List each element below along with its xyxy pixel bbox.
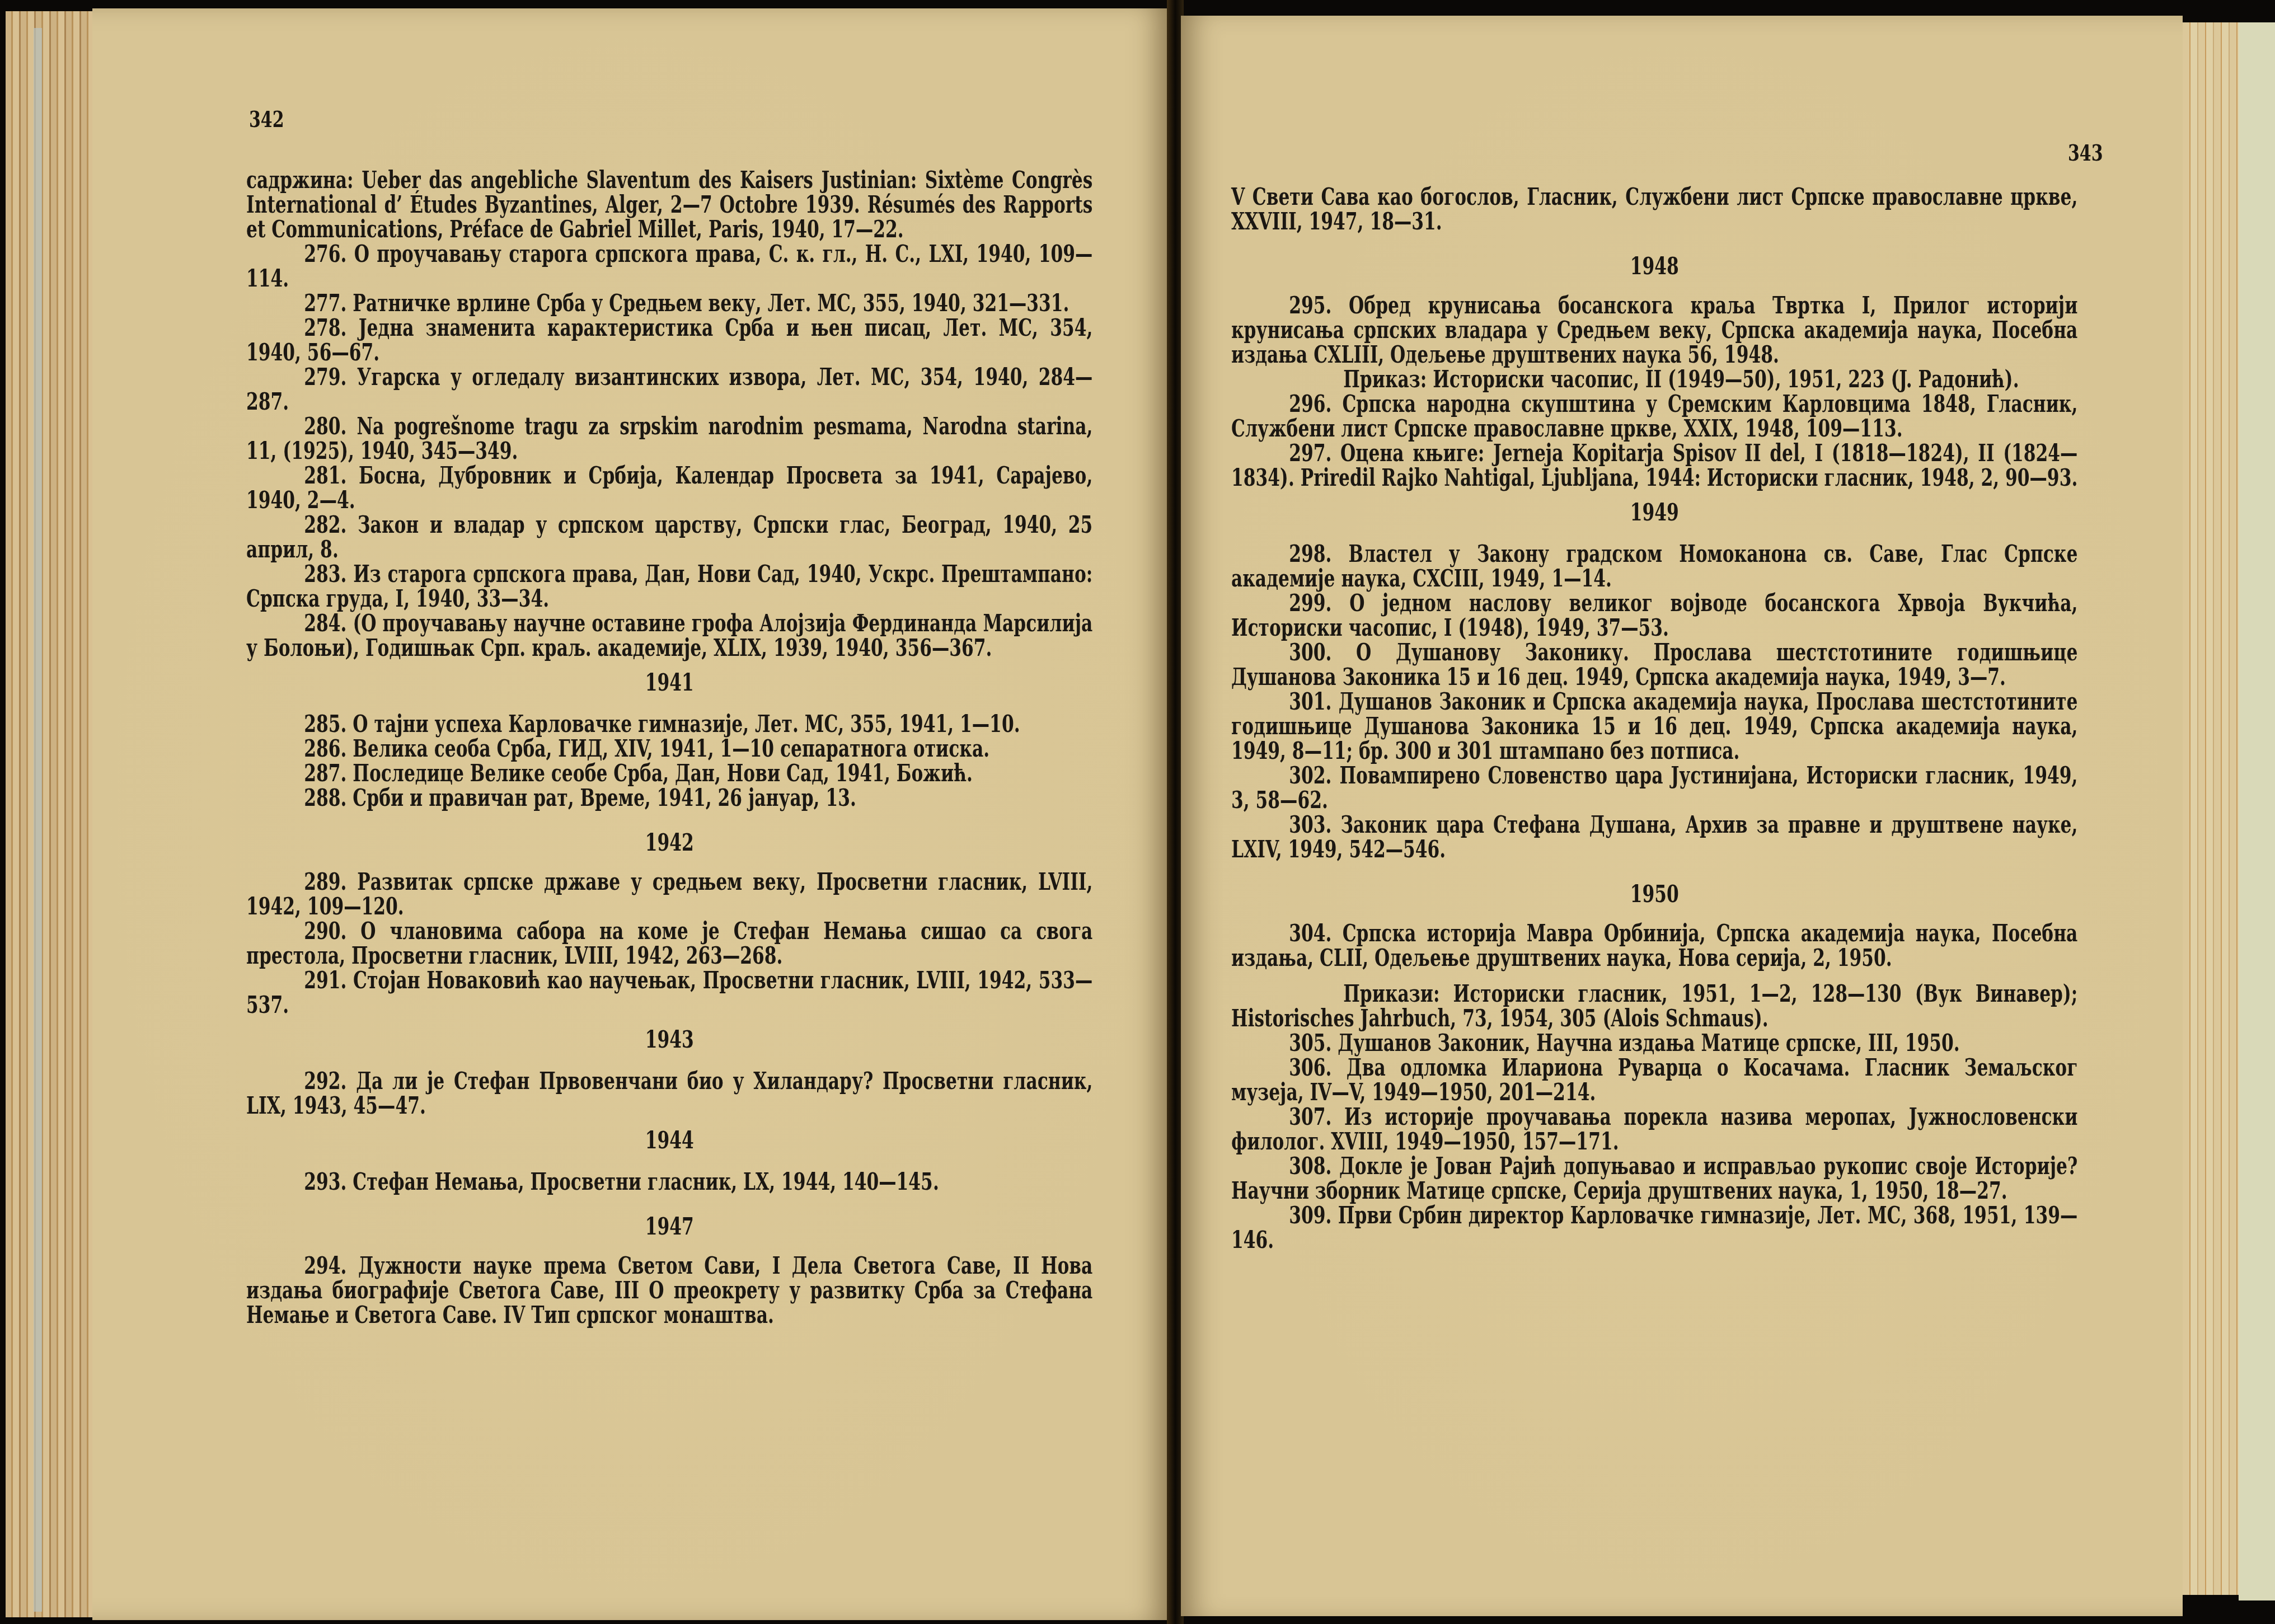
bib-entry-308: 308. Докле је Јован Рајић допуњавао и ис… [1231,1154,2077,1203]
bib-entry-283: 283. Из старога српскога права, Дан, Нов… [246,562,1092,611]
bib-entry-287: 287. Последице Велике сеобе Срба, Дан, Н… [246,761,1092,786]
year-heading-1941: 1941 [246,670,1092,695]
bib-entry-294: 294. Дужности науке према Светом Сави, I… [246,1254,1092,1327]
bib-entry-280: 280. Na pogrešnome tragu za srpskim naro… [246,414,1092,463]
bib-entry-284: 284. (О проучавању научне оставине грофа… [246,611,1092,660]
year-heading-1942: 1942 [246,830,1092,855]
bib-entry-288: 288. Срби и правичан рат, Време, 1941, 2… [246,786,1092,810]
bib-entry-290: 290. О члановима сабора на коме је Стефа… [246,919,1092,968]
year-heading-1943: 1943 [246,1027,1092,1052]
bib-entry-276: 276. О проучавању старога српскога права… [246,242,1092,291]
page-stack-inner-strip [34,28,42,1612]
continued-entry: садржина: Ueber das angebliche Slaventum… [246,168,1092,242]
bib-entry-286: 286. Велика сеоба Срба, ГИД, XIV, 1941, … [246,736,1092,761]
bib-entry-299: 299. О једном наслову великог војводе бо… [1231,591,2077,640]
bib-entry-278: 278. Једна знаменита карактеристика Срба… [246,316,1092,365]
year-heading-1948: 1948 [1231,254,2077,279]
bib-entry-281: 281. Босна, Дубровник и Србија, Календар… [246,463,1092,513]
bib-entry-285: 285. О тајни успеха Карловачке гимназије… [246,712,1092,736]
bib-entry-301: 301. Душанов Законик и Српска академија … [1231,689,2077,763]
review-note-304: Прикази: Историски гласник, 1951, 1—2, 1… [1231,982,2077,1031]
left-page-number: 342 [249,106,284,133]
bib-entry-298: 298. Властел у Закону градском Номоканон… [1231,542,2077,591]
bib-entry-309: 309. Први Србин директор Карловачке гимн… [1231,1203,2077,1252]
bib-entry-305: 305. Душанов Законик, Научна издања Мати… [1231,1031,2077,1055]
year-heading-1944: 1944 [246,1128,1092,1153]
right-page-text: V Свети Сава као богослов, Гласник, Служ… [1231,185,2275,1252]
page-stack-left-edge [6,11,95,1617]
bib-entry-307: 307. Из историје проучавања порекла нази… [1231,1105,2077,1154]
year-heading-1950: 1950 [1231,882,2077,907]
bib-entry-302: 302. Повампирено Словенство цара Јустини… [1231,763,2077,813]
right-page-number: 343 [2068,140,2103,166]
bib-entry-291: 291. Стојан Новаковић као научењак, Прос… [246,968,1092,1017]
bib-entry-277: 277. Ратничке врлине Срба у Средњем веку… [246,291,1092,316]
bib-entry-289: 289. Развитак српске државе у средњем ве… [246,870,1092,919]
bib-entry-293: 293. Стефан Немања, Просветни гласник, L… [246,1170,1092,1194]
year-heading-1947: 1947 [246,1214,1092,1239]
bib-entry-292: 292. Да ли је Стефан Првовенчани био у Х… [246,1069,1092,1118]
bib-entry-304: 304. Српска историја Мавра Орбинија, Срп… [1231,921,2077,970]
bib-entry-300: 300. О Душанову Законику. Прослава шестс… [1231,640,2077,689]
open-book: 342 садржина: Ueber das angebliche Slave… [0,0,2275,1624]
year-heading-1949: 1949 [1231,500,2077,525]
bib-entry-296: 296. Српска народна скупштина у Сремским… [1231,392,2077,441]
bib-entry-303: 303. Законик цара Стефана Душана, Архив … [1231,813,2077,862]
bib-entry-297: 297. Оцена књиге: Jerneja Kopitarja Spis… [1231,441,2077,490]
bib-entry-279: 279. Угарска у огледалу византинских изв… [246,365,1092,414]
bib-entry-282: 282. Закон и владар у српском царству, С… [246,513,1092,562]
continued-entry: V Свети Сава као богослов, Гласник, Служ… [1231,185,2077,234]
bib-entry-295: 295. Обред крунисања босанскога краља Тв… [1231,293,2077,367]
review-note-295: Приказ: Историски часопис, II (1949—50),… [1231,367,2077,392]
bib-entry-306: 306. Два одломка Илариона Руварца о Коса… [1231,1055,2077,1105]
